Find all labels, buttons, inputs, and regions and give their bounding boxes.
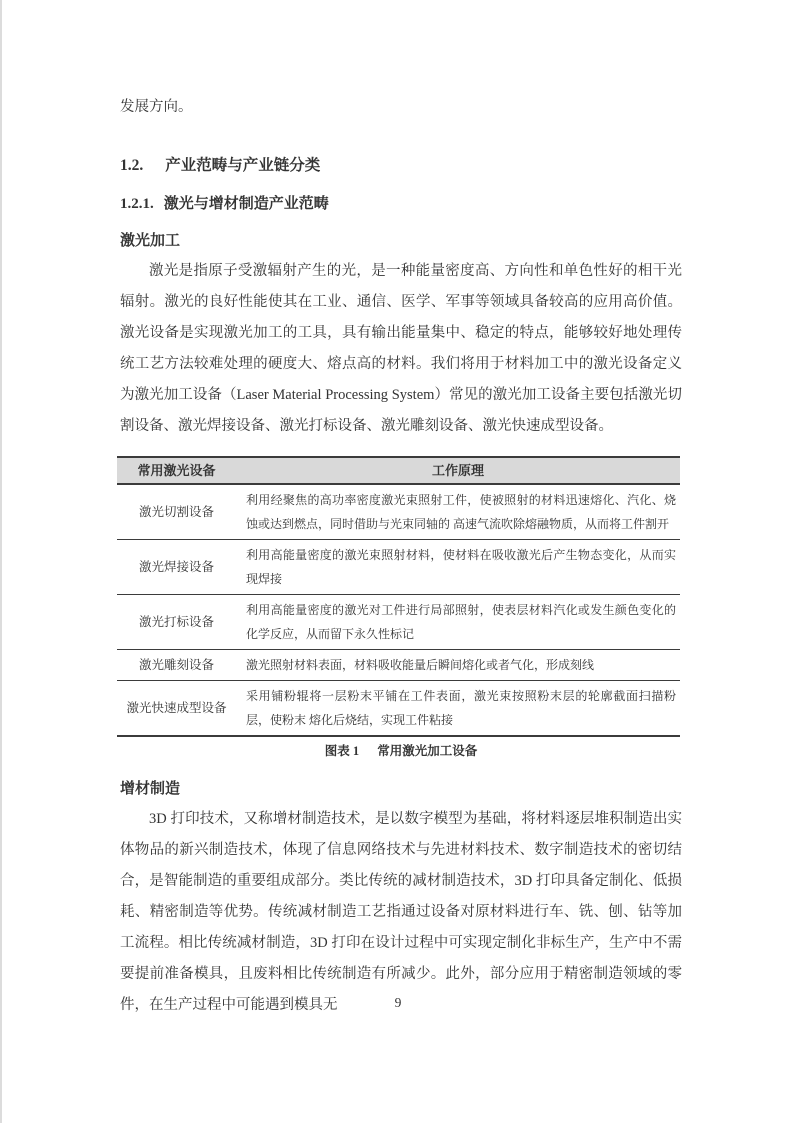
table-cell-principle: 利用高能量密度的激光对工件进行局部照射，使表层材料汽化或发生颜色变化的化学反应，… [236,595,680,650]
table-header-principle: 工作原理 [236,457,680,484]
laser-equipment-table: 常用激光设备 工作原理 激光切割设备 利用经聚焦的高功率密度激光束照射工件，使被… [117,456,680,737]
additive-manufacturing-paragraph: 3D 打印技术，又称增材制造技术，是以数字模型为基础，将材料逐层堆积制造出实体物… [120,804,682,1021]
table-cell-device: 激光雕刻设备 [117,650,236,681]
table-cell-device: 激光焊接设备 [117,540,236,595]
carryover-paragraph: 发展方向。 [120,0,682,123]
table-row: 激光焊接设备 利用高能量密度的激光束照射材料，使材料在吸收激光后产生物态变化，从… [117,540,680,595]
table-row: 激光切割设备 利用经聚焦的高功率密度激光束照射工件，使被照射的材料迅速熔化、汽化… [117,484,680,540]
laser-processing-title: 激光加工 [120,230,682,252]
table-caption: 图表 1常用激光加工设备 [120,742,682,760]
page-content: 发展方向。 1.2.产业范畴与产业链分类 1.2.1.激光与增材制造产业范畴 激… [120,0,682,1021]
table-cell-device: 激光打标设备 [117,595,236,650]
table-row: 激光打标设备 利用高能量密度的激光对工件进行局部照射，使表层材料汽化或发生颜色变… [117,595,680,650]
heading-subsection-1-2-1: 1.2.1.激光与增材制造产业范畴 [120,193,682,215]
laser-processing-paragraph: 激光是指原子受激辐射产生的光，是一种能量密度高、方向性和单色性好的相干光辐射。激… [120,256,682,442]
table-header-device: 常用激光设备 [117,457,236,484]
table-row: 激光快速成型设备 采用铺粉辊将一层粉末平铺在工件表面，激光束按照粉末层的轮廓截面… [117,681,680,737]
document-page: 发展方向。 1.2.产业范畴与产业链分类 1.2.1.激光与增材制造产业范畴 激… [0,0,794,1123]
table-cell-device: 激光切割设备 [117,484,236,540]
table-caption-text: 常用激光加工设备 [377,744,477,758]
table-cell-device: 激光快速成型设备 [117,681,236,737]
table-caption-label: 图表 1 [325,744,359,758]
table-cell-principle: 采用铺粉辊将一层粉末平铺在工件表面，激光束按照粉末层的轮廓截面扫描粉层，使粉末 … [236,681,680,737]
heading-text: 激光与增材制造产业范畴 [164,196,329,212]
table-cell-principle: 激光照射材料表面，材料吸收能量后瞬间熔化或者气化，形成刻线 [236,650,680,681]
heading-number: 1.2. [120,155,143,177]
table-row: 激光雕刻设备 激光照射材料表面，材料吸收能量后瞬间熔化或者气化，形成刻线 [117,650,680,681]
table-header-row: 常用激光设备 工作原理 [117,457,680,484]
table-cell-principle: 利用经聚焦的高功率密度激光束照射工件，使被照射的材料迅速熔化、汽化、烧蚀或达到燃… [236,484,680,540]
heading-section-1-2: 1.2.产业范畴与产业链分类 [120,155,682,177]
heading-text: 产业范畴与产业链分类 [165,157,320,174]
additive-manufacturing-title: 增材制造 [120,778,682,800]
heading-number: 1.2.1. [120,193,154,215]
page-number: 9 [2,995,794,1011]
table-cell-principle: 利用高能量密度的激光束照射材料，使材料在吸收激光后产生物态变化，从而实现焊接 [236,540,680,595]
